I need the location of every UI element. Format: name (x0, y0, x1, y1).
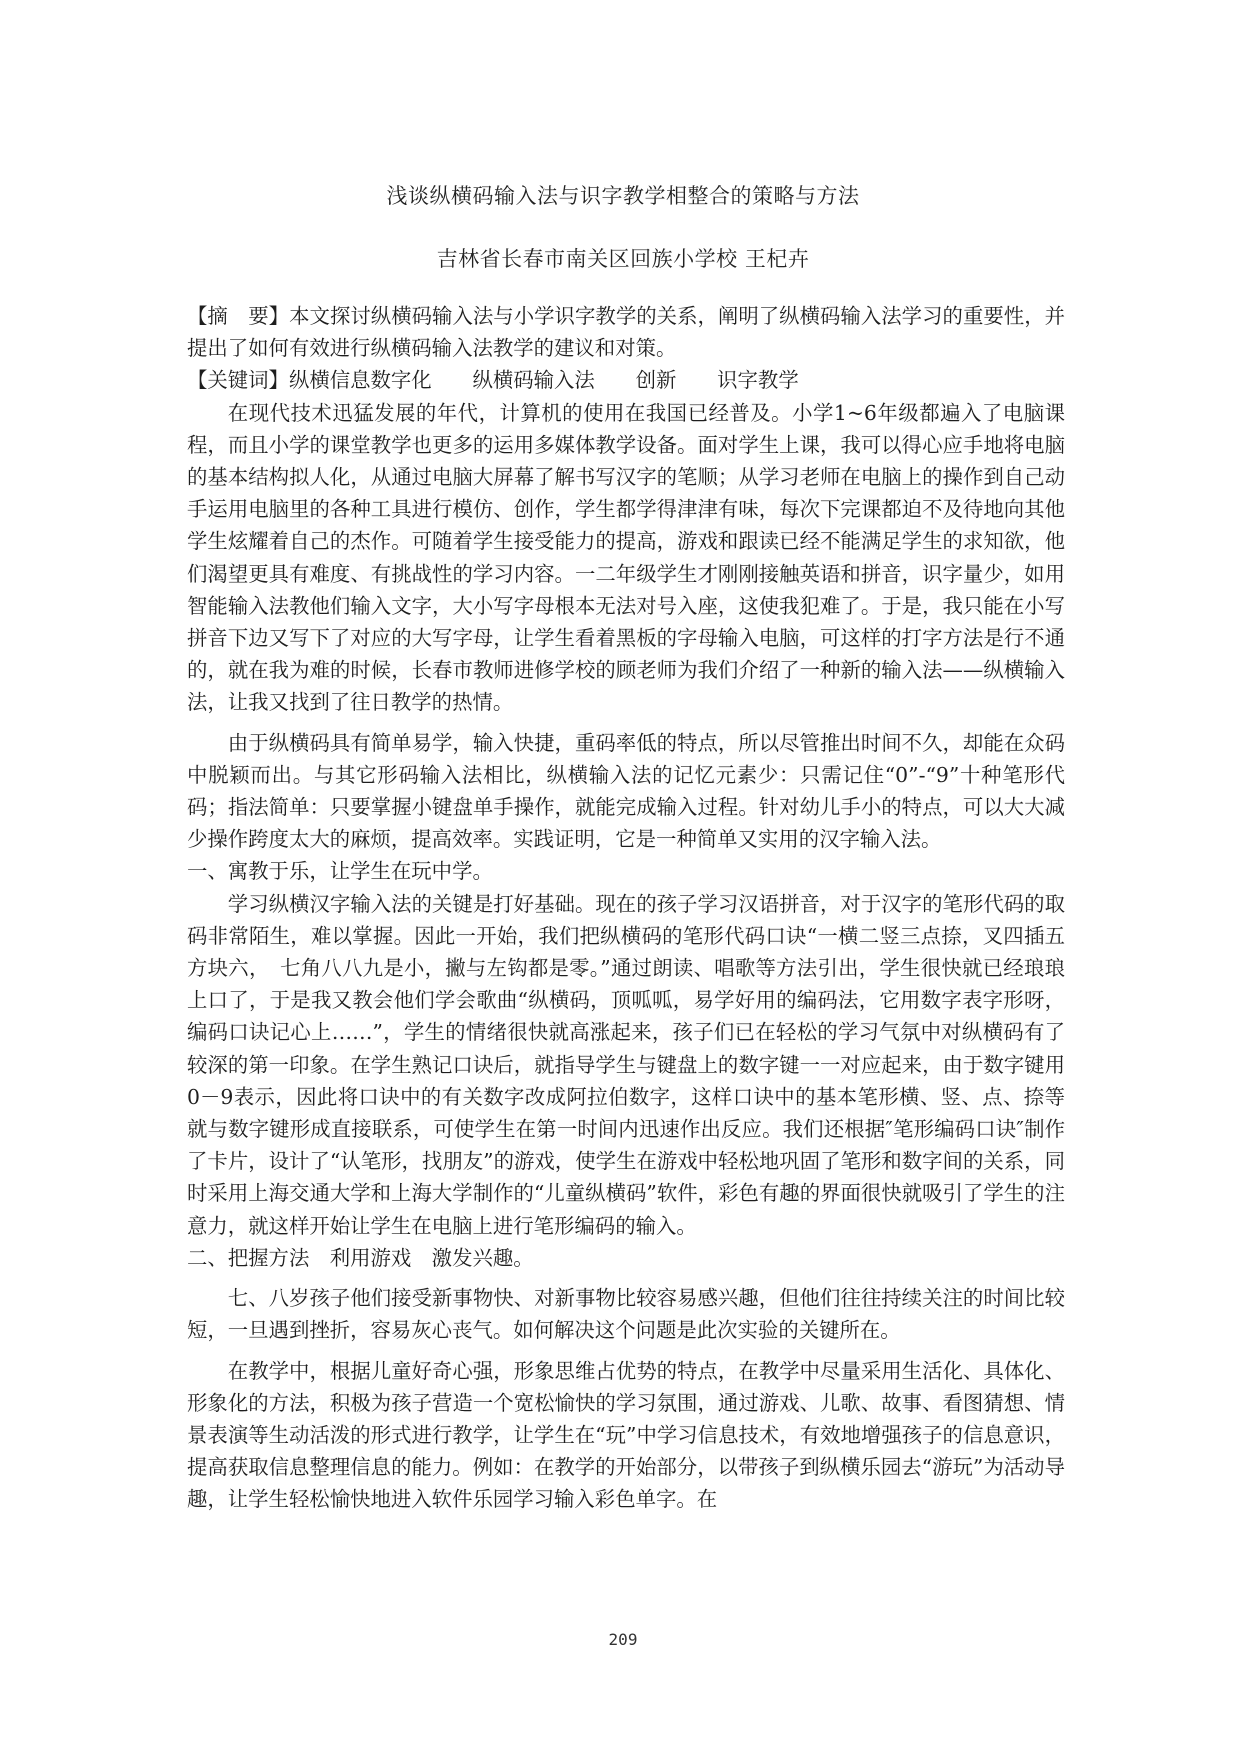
section-1-heading: 一、寓教于乐，让学生在玩中学。 (187, 855, 1065, 887)
page-number: 209 (0, 1630, 1246, 1649)
document-page: 浅谈纵横码输入法与识字教学相整合的策略与方法 吉林省长春市南关区回族小学校 王杞… (0, 0, 1246, 1763)
section-2-paragraph-2: 在教学中，根据儿童好奇心强，形象思维占优势的特点，在教学中尽量采用生活化、具体化… (187, 1355, 1065, 1516)
document-title: 浅谈纵横码输入法与识字教学相整合的策略与方法 (0, 180, 1246, 210)
section-2-heading: 二、把握方法 利用游戏 激发兴趣。 (187, 1242, 1065, 1274)
keywords: 【关键词】纵横信息数字化 纵横码输入法 创新 识字教学 (187, 364, 1065, 396)
abstract: 【摘 要】本文探讨纵横码输入法与小学识字教学的关系，阐明了纵横码输入法学习的重要… (187, 300, 1065, 364)
intro-paragraph-2: 由于纵横码具有简单易学，输入快捷，重码率低的特点，所以尽管推出时间不久，却能在众… (187, 727, 1065, 856)
document-body: 【摘 要】本文探讨纵横码输入法与小学识字教学的关系，阐明了纵横码输入法学习的重要… (187, 300, 1065, 1516)
abstract-label: 【摘 要】 (187, 304, 289, 328)
keywords-label: 【关键词】 (187, 368, 289, 392)
intro-paragraph-1: 在现代技术迅猛发展的年代，计算机的使用在我国已经普及。小学1~6年级都遍入了电脑… (187, 397, 1065, 719)
abstract-text: 本文探讨纵横码输入法与小学识字教学的关系，阐明了纵横码输入法学习的重要性，并提出… (187, 304, 1065, 360)
keywords-text: 纵横信息数字化 纵横码输入法 创新 识字教学 (289, 368, 799, 392)
author-line: 吉林省长春市南关区回族小学校 王杞卉 (0, 243, 1246, 273)
section-2-paragraph-1: 七、八岁孩子他们接受新事物快、对新事物比较容易感兴趣，但他们往往持续关注的时间比… (187, 1282, 1065, 1346)
section-1-paragraph-1: 学习纵横汉字输入法的关键是打好基础。现在的孩子学习汉语拼音，对于汉字的笔形代码的… (187, 888, 1065, 1242)
